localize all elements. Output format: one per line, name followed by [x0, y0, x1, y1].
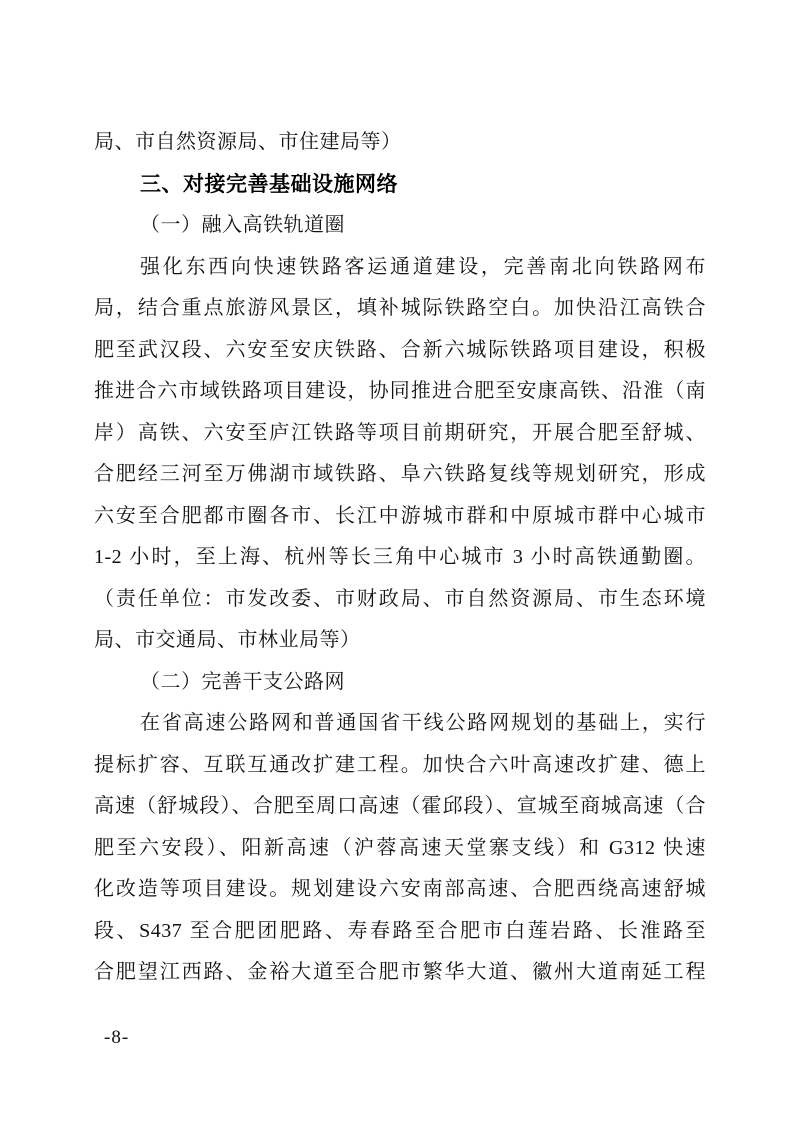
text-line: 合肥经三河至万佛湖市域铁路、阜六铁路复线等规划研究，形成: [94, 454, 706, 496]
subsection-heading-text: （二）完善干支公路网: [94, 662, 706, 704]
subsection-heading-text: （一）融入高铁轨道圈: [94, 205, 706, 247]
text-line: 段、S437 至合肥团肥路、寿春路至合肥市白莲岩路、长淮路至: [94, 911, 706, 953]
text-line: 局、市自然资源局、市住建局等）: [94, 122, 706, 164]
subsection-heading-rail: （一）融入高铁轨道圈: [94, 205, 706, 247]
text-line: 推进合六市域铁路项目建设，协同推进合肥至安康高铁、沿淮（南: [94, 371, 706, 413]
text-line: 提标扩容、互联互通改扩建工程。加快合六叶高速改扩建、德上: [94, 745, 706, 787]
paragraph-road-network: 在省高速公路网和普通国省干线公路网规划的基础上，实行 提标扩容、互联互通改扩建工…: [94, 703, 706, 994]
page-text-block: 局、市自然资源局、市住建局等） 三、对接完善基础设施网络 （一）融入高铁轨道圈 …: [94, 122, 706, 994]
text-line: 高速（舒城段）、合肥至周口高速（霍邱段）、宣城至商城高速（合: [94, 786, 706, 828]
text-line: 肥至六安段）、阳新高速（沪蓉高速天堂寨支线）和 G312 快速: [94, 828, 706, 870]
text-line: 合肥望江西路、金裕大道至合肥市繁华大道、徽州大道南延工程: [94, 952, 706, 994]
text-line: 局、市交通局、市林业局等）: [94, 620, 706, 662]
section-heading: 三、对接完善基础设施网络: [94, 164, 706, 206]
text-line: 局，结合重点旅游风景区，填补城际铁路空白。加快沿江高铁合: [94, 288, 706, 330]
page-number: -8-: [104, 1026, 129, 1050]
text-line: 1-2 小时，至上海、杭州等长三角中心城市 3 小时高铁通勤圈。: [94, 537, 706, 579]
continuation-paragraph: 局、市自然资源局、市住建局等）: [94, 122, 706, 164]
text-line: 在省高速公路网和普通国省干线公路网规划的基础上，实行: [94, 703, 706, 745]
text-line: 强化东西向快速铁路客运通道建设，完善南北向铁路网布: [94, 247, 706, 289]
subsection-heading-road: （二）完善干支公路网: [94, 662, 706, 704]
text-line: （责任单位：市发改委、市财政局、市自然资源局、市生态环境: [94, 579, 706, 621]
text-line: 六安至合肥都市圈各市、长江中游城市群和中原城市群中心城市: [94, 496, 706, 538]
document-page: 局、市自然资源局、市住建局等） 三、对接完善基础设施网络 （一）融入高铁轨道圈 …: [0, 0, 793, 1122]
text-line: 肥至武汉段、六安至安庆铁路、合新六城际铁路项目建设，积极: [94, 330, 706, 372]
responsibility-unit: （责任单位：市发改委、市财政局、市自然资源局、市生态环境 局、市交通局、市林业局…: [94, 579, 706, 662]
text-line: 岸）高铁、六安至庐江铁路等项目前期研究，开展合肥至舒城、: [94, 413, 706, 455]
paragraph-rail-network: 强化东西向快速铁路客运通道建设，完善南北向铁路网布 局，结合重点旅游风景区，填补…: [94, 247, 706, 579]
text-line: 化改造等项目建设。规划建设六安南部高速、合肥西绕高速舒城: [94, 869, 706, 911]
section-heading-text: 三、对接完善基础设施网络: [94, 164, 706, 206]
